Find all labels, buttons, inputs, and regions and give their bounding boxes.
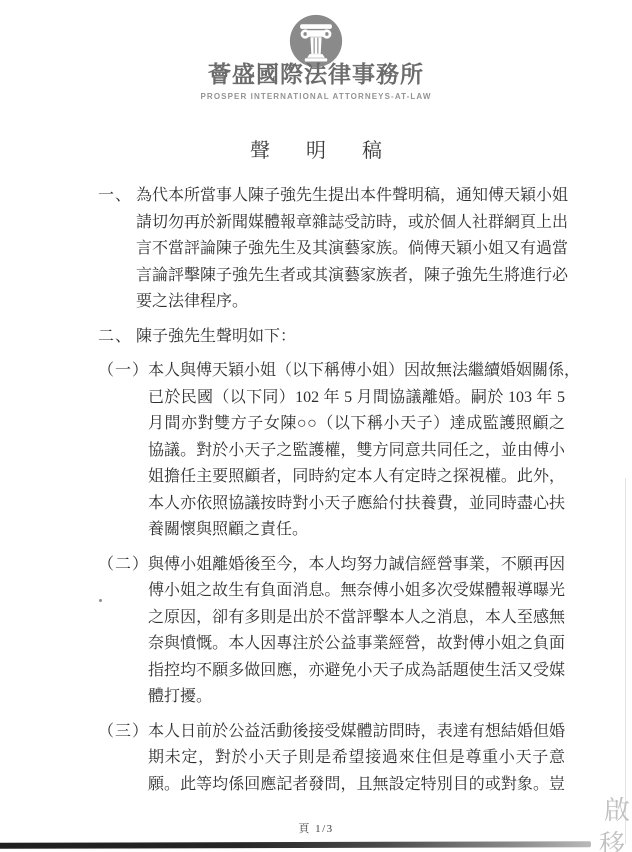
fold-line (625, 478, 626, 844)
document-title: 聲明稿 (214, 134, 418, 163)
text-line: 之原因，卻有多則是出於不當評擊本人之消息，本人至感無 (148, 605, 565, 632)
text-line: 願。此等均係回應記者發問，且無設定特別目的或對象。豈 (148, 772, 565, 799)
paragraph-label: （二） (98, 552, 148, 711)
paragraph: （二）與傅小姐離婚後至今，本人均努力誠信經營事業，不願再因傅小姐之故生有負面消息… (98, 552, 565, 711)
paragraph-content: 本人日前於公益活動後接受媒體訪問時，表達有想結婚但婚期未定，對於小天子則是希望接… (148, 719, 565, 799)
paragraph-label: （一） (98, 358, 148, 544)
text-line: 請切勿再於新聞媒體報章雜誌受訪時，或於個人社群網頁上出 (136, 210, 565, 237)
text-line: 協議。對於小天子之監護權，雙方同意共同任之，並由傅小 (148, 438, 565, 465)
text-line: 月間亦對雙方子女陳○○（以下稱小天子）達成監護照顧之 (148, 411, 565, 438)
statement-body: 一、為代本所當事人陳子強先生提出本件聲明稿，通知傅天穎小姐請切勿再於新聞媒體報章… (0, 183, 632, 806)
paragraph-content: 與傅小姐離婚後至今，本人均努力誠信經營事業，不願再因傅小姐之故生有負面消息。無奈… (148, 552, 565, 711)
paragraph-content: 陳子強先生聲明如下： (136, 324, 565, 351)
paragraph: 二、陳子強先生聲明如下： (98, 324, 565, 351)
paragraph: （三）本人日前於公益活動後接受媒體訪問時，表達有想結婚但婚期未定，對於小天子則是… (98, 719, 565, 799)
text-line: 本人亦依照協議按時對小天子應給付扶養費，並同時盡心扶 (148, 491, 565, 518)
firm-name: 薈盛國際法律事務所 (0, 60, 632, 90)
paragraph-label: （三） (98, 719, 148, 799)
paragraph-content: 本人與傅天穎小姐（以下稱傅小姐）因故無法繼續婚姻關係，已於民國（以下同）102 … (148, 358, 565, 544)
text-line: 養關懷與照顧之責任。 (148, 517, 565, 544)
scan-edge-shadow (0, 841, 591, 849)
paragraph: （一）本人與傅天穎小姐（以下稱傅小姐）因故無法繼續婚姻關係，已於民國（以下同）1… (98, 358, 565, 544)
text-line: 傅小姐之故生有負面消息。無奈傅小姐多次受媒體報導曝光 (148, 578, 565, 605)
text-line: 奈與憤慨。本人因專注於公益事業經營，故對傅小姐之負面 (148, 631, 565, 658)
firm-name-english: PROSPER INTERNATIONAL ATTORNEYS-AT-LAW (0, 92, 632, 102)
scanned-statement-page: 薈盛國際法律事務所 PROSPER INTERNATIONAL ATTORNEY… (0, 0, 632, 852)
text-line: 指控均不願多做回應，亦避免小天子成為話題使生活又受媒 (148, 658, 565, 685)
paragraph-label: 一、 (98, 183, 136, 316)
watermark-char-2: 移 (599, 832, 625, 852)
text-line: 體打擾。 (148, 684, 565, 711)
text-line: 期未定，對於小天子則是希望接過來住但是尊重小天子意 (148, 745, 565, 772)
scan-speck (99, 599, 102, 602)
watermark-char-1: 啟 (604, 798, 630, 824)
document-title-row: 聲明稿 (0, 134, 632, 163)
text-line: 已於民國（以下同）102 年 5 月間協議離婚。嗣於 103 年 5 (148, 385, 565, 412)
text-line: 本人日前於公益活動後接受媒體訪問時，表達有想結婚但婚 (148, 719, 565, 746)
text-line: 言不當評論陳子強先生及其演藝家族。倘傅天穎小姐又有過當 (136, 236, 565, 263)
paragraph-content: 為代本所當事人陳子強先生提出本件聲明稿，通知傅天穎小姐請切勿再於新聞媒體報章雜誌… (136, 183, 565, 316)
text-line: 要之法律程序。 (136, 289, 565, 316)
text-line: 言論評擊陳子強先生者或其演藝家族者，陳子強先生將進行必 (136, 263, 565, 290)
text-line: 姐擔任主要照顧者，同時約定本人有定時之探視權。此外， (148, 464, 565, 491)
text-line: 陳子強先生聲明如下： (136, 324, 565, 351)
page-number: 頁 1/3 (0, 820, 632, 836)
text-line: 本人與傅天穎小姐（以下稱傅小姐）因故無法繼續婚姻關係， (148, 358, 565, 385)
paragraph-label: 二、 (98, 324, 136, 351)
text-line: 與傅小姐離婚後至今，本人均努力誠信經營事業，不願再因 (148, 552, 565, 579)
paragraph: 一、為代本所當事人陳子強先生提出本件聲明稿，通知傅天穎小姐請切勿再於新聞媒體報章… (98, 183, 565, 316)
text-line: 為代本所當事人陳子強先生提出本件聲明稿，通知傅天穎小姐 (136, 183, 565, 210)
